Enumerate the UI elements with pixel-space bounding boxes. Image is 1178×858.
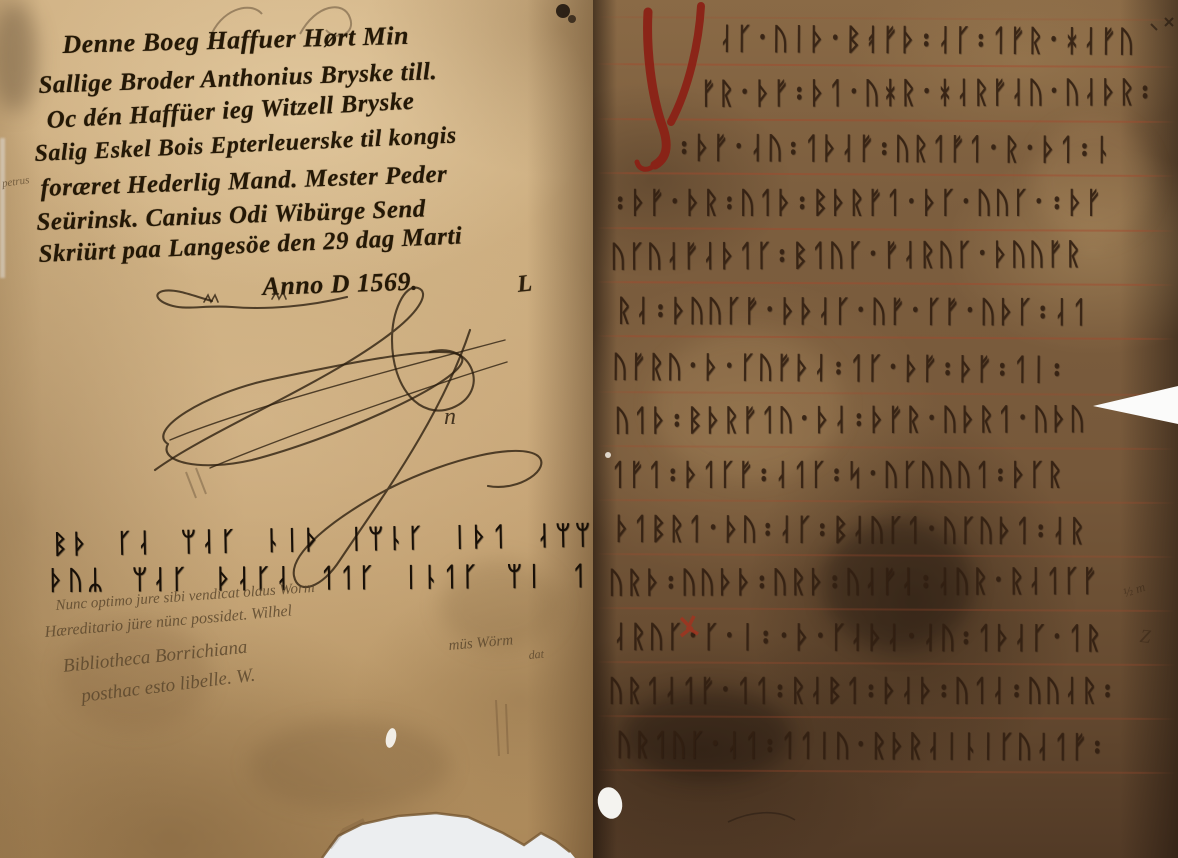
dark-mark (1151, 18, 1173, 30)
margin-scribble: Z (1139, 626, 1152, 649)
left-page: Denne Boeg Haffuer Hørt MinSallige Brode… (0, 0, 593, 858)
edge-tear-wedge (1093, 386, 1178, 424)
right-page: ᛆᚴ᛫ᚢᛁᚦ᛫ᛒᚮᚠᚦ᛬ᛆᚴ᛬ᛐᚠᚱ᛫ᚼᛆᚠᚢᚠᚱ᛫ᚦᚠ᛬ᚦᛐ᛫ᚢᚼᚱ᛫ᚼᛆᚱᚠ… (593, 0, 1178, 858)
manuscript-scan: Denne Boeg Haffuer Hørt MinSallige Brode… (0, 0, 1178, 858)
scratch-mark (728, 813, 795, 822)
tear-spot (594, 785, 625, 822)
red-correction-mark (681, 616, 698, 636)
red-initial (593, 0, 1178, 858)
page-tear-bottom (0, 0, 593, 858)
